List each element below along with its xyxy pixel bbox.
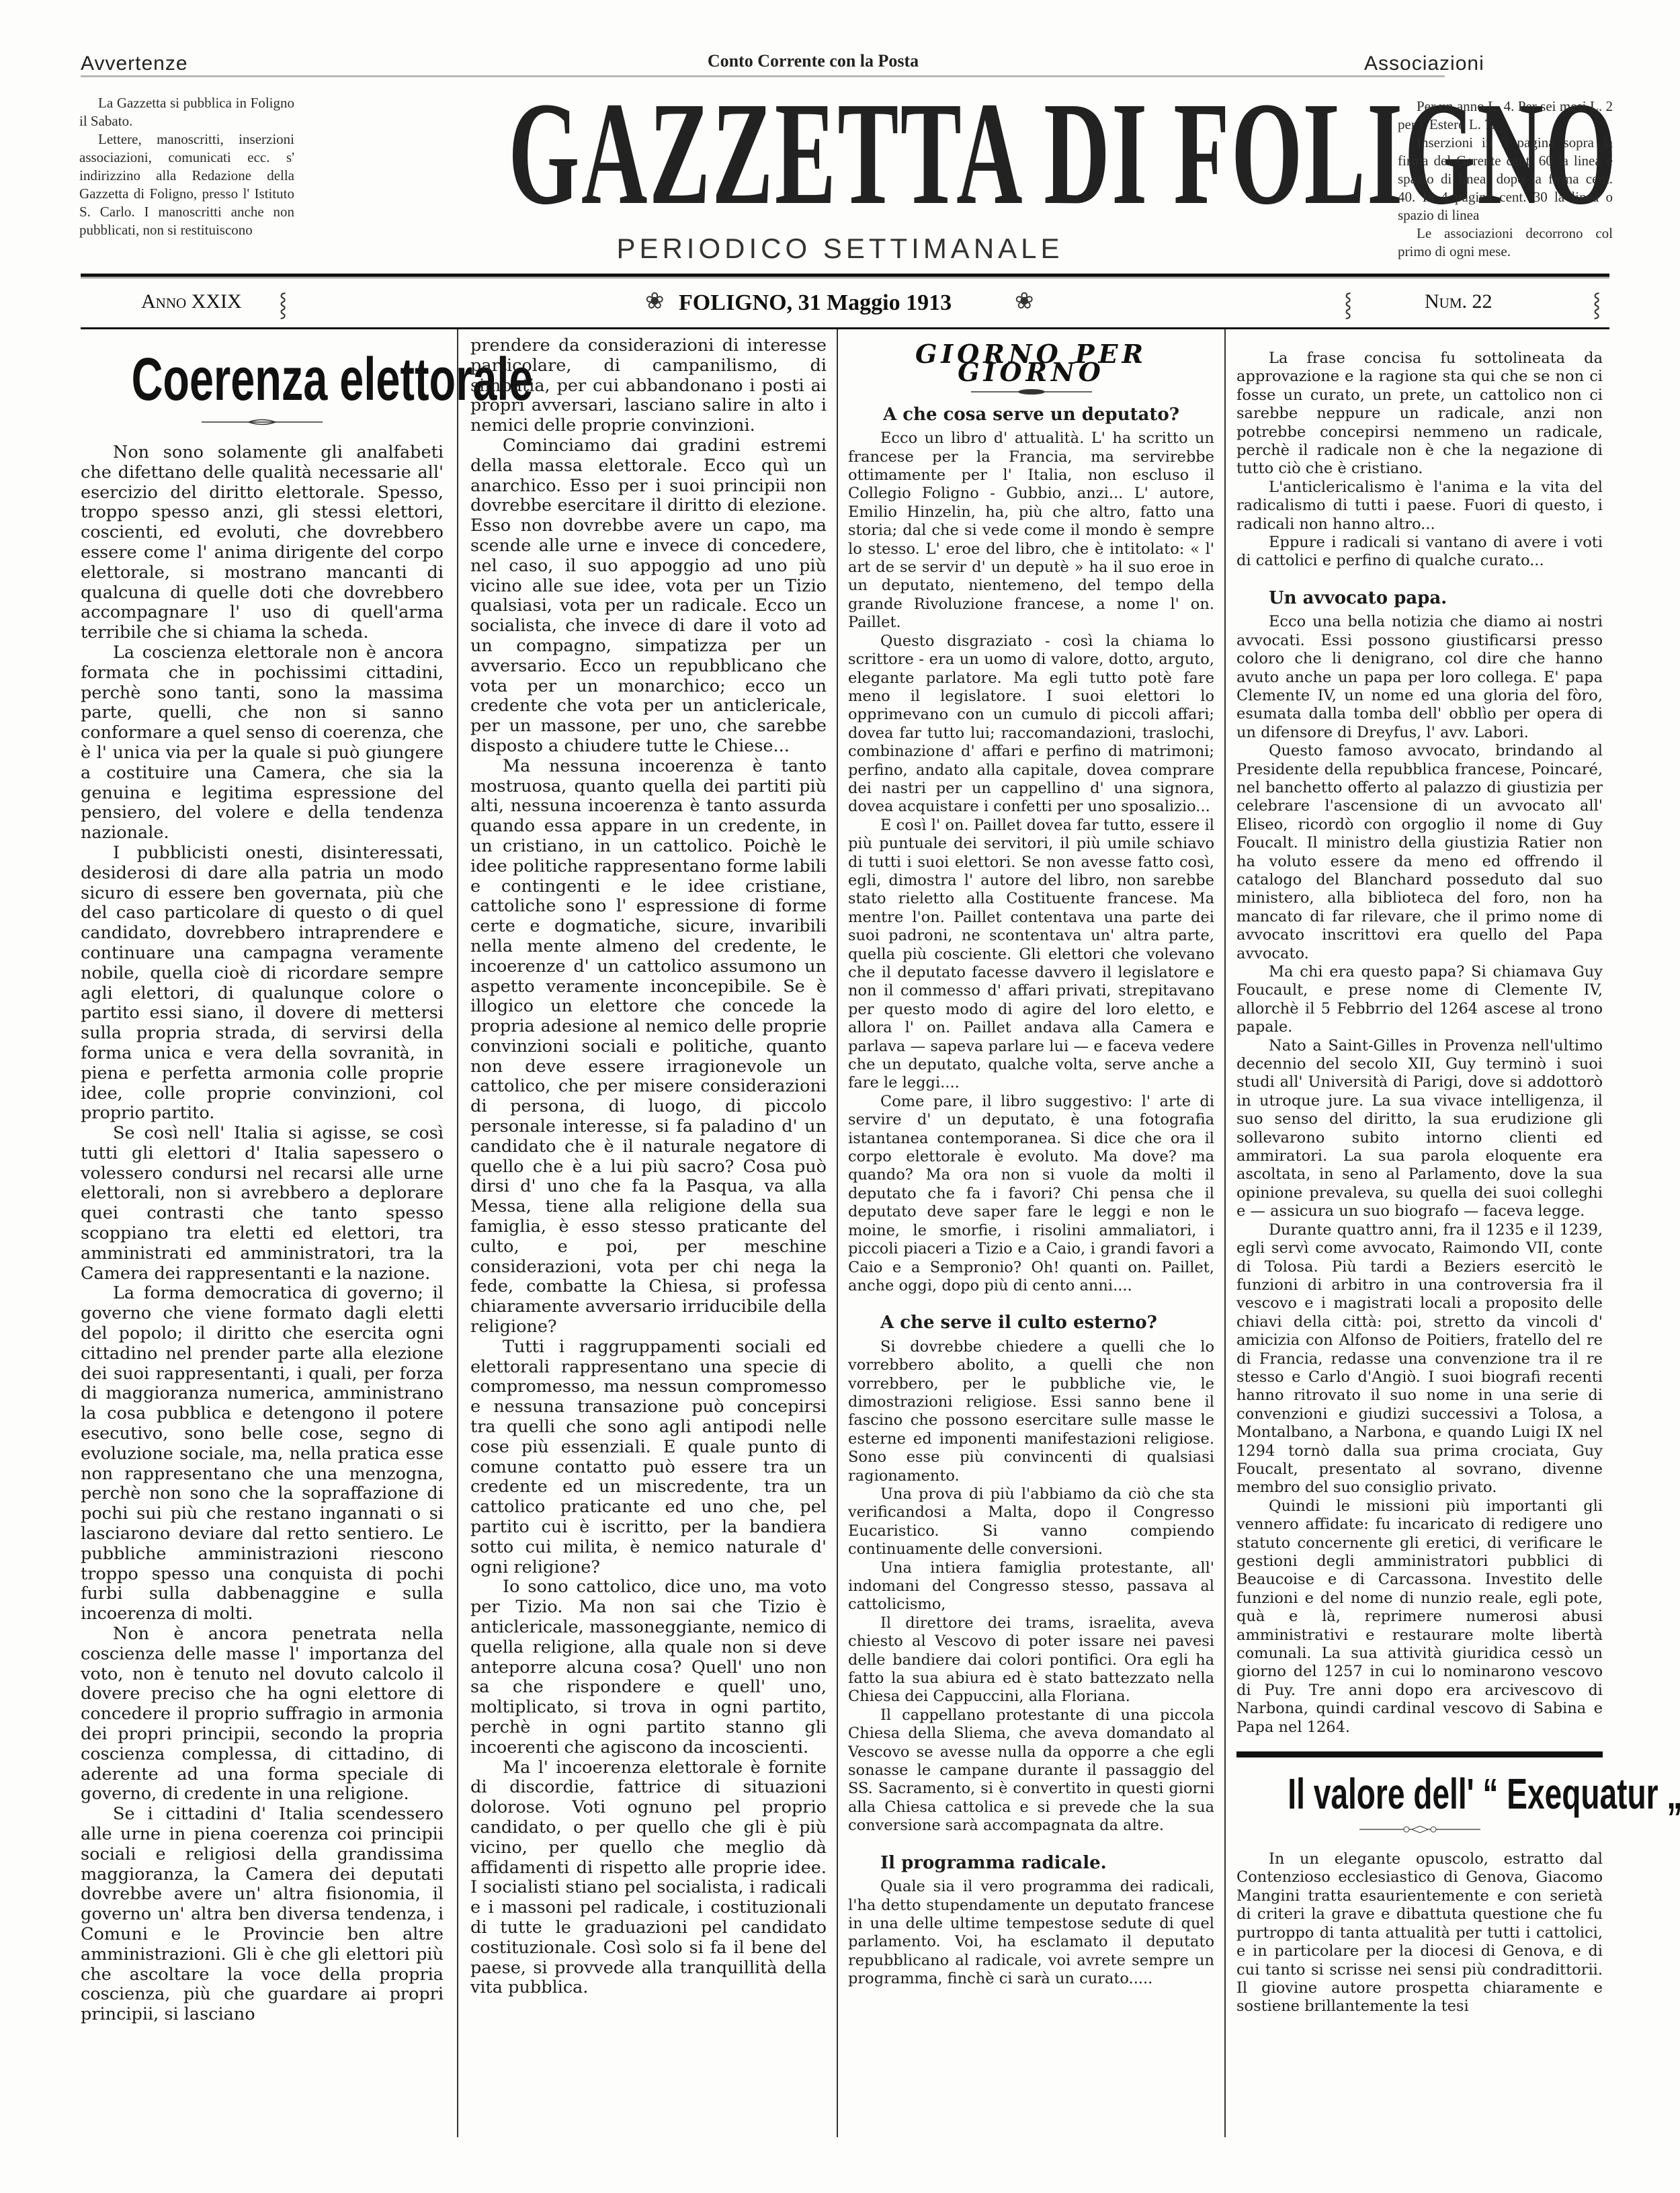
section-giorno-per-giorno-continued: La frase concisa fu sottolineata da appr… (1236, 349, 1603, 2016)
article-paragraph: Una intiera famiglia protestante, all' i… (848, 1559, 1214, 1614)
article-paragraph: La coscienza elettorale non è ancora for… (81, 643, 444, 843)
column-divider (837, 329, 838, 2137)
newspaper-page: Avvertenze Conto Corrente con la Posta A… (0, 0, 1680, 2193)
article-paragraph: Non è ancora penetrata nella coscienza d… (81, 1624, 444, 1805)
article-paragraph: prendere da considerazioni di interesse … (470, 336, 827, 436)
newspaper-subtitle: PERIODICO SETTIMANALE (538, 233, 1142, 265)
column-divider (457, 329, 458, 2137)
article-paragraph: Ecco un libro d' attualità. L' ha scritt… (848, 429, 1214, 632)
article-paragraph: Durante quattro anni, fra il 1235 e il 1… (1236, 1221, 1603, 1497)
column-divider (1224, 329, 1226, 2137)
place-and-date: FOLIGNO, 31 Maggio 1913 (679, 290, 952, 316)
notices-box: La Gazzetta si pubblica in Foligno il Sa… (79, 94, 294, 239)
article-paragraph: Come pare, il libro suggestivo: l' arte … (848, 1093, 1214, 1295)
notice-correspondence: Lettere, manoscritti, inserzioni associa… (79, 130, 294, 239)
fleuron-right-icon: ❀ (1015, 288, 1034, 315)
article-paragraph: E così l' on. Paillet dovea far tutto, e… (848, 817, 1214, 1093)
insertion-rates: Inserzioni in 3 pagina sopra la firma de… (1398, 134, 1613, 224)
article-paragraph: Ma nessuna incoerenza è tanto mostruosa,… (470, 757, 827, 1337)
volume-year: Anno XXIX (141, 290, 242, 313)
article-coerenza-continued: prendere da considerazioni di interesse … (470, 336, 827, 1998)
article-paragraph: Si dovrebbe chiedere a quelli che lo vor… (848, 1338, 1214, 1485)
subhead-deputato: A che cosa serve un deputato? (848, 406, 1214, 424)
article-paragraph: La frase concisa fu sottolineata da appr… (1236, 349, 1603, 479)
dateline-top-rule (81, 274, 1609, 277)
flourish-divider-icon (1359, 1825, 1480, 1834)
issue-number: Num. 22 (1425, 290, 1493, 313)
dateline-bottom-rule (81, 327, 1609, 329)
headline-coerenza-elettorale: Coerenza elettorale (132, 347, 393, 412)
article-paragraph: L'anticlericalismo è l'anima e la vita d… (1236, 479, 1603, 534)
article-paragraph: Una prova di più l'abbiamo da ciò che st… (848, 1485, 1214, 1559)
fleuron-left-icon: ❀ (645, 288, 665, 315)
article-paragraph: Quindi le missioni più importanti gli ve… (1236, 1497, 1603, 1737)
article-paragraph: Questo disgraziato - così la chiama lo s… (848, 632, 1214, 817)
article-paragraph: Ma chi era questo papa? Si chiamava Guy … (1236, 963, 1603, 1037)
article-paragraph: La forma democratica di governo; il gove… (81, 1284, 444, 1624)
article-coerenza-elettorale: Coerenza elettorale Non sono solamente g… (81, 333, 444, 2025)
subhead-culto-esterno: A che serve il culto esterno? (848, 1314, 1214, 1332)
article-paragraph: Cominciamo dai gradini estremi della mas… (470, 436, 827, 757)
article-paragraph: Se i cittadini d' Italia scendessero all… (81, 1805, 444, 2025)
article-paragraph: Questo famoso avvocato, brindando al Pre… (1236, 742, 1603, 963)
subscription-start: Le associazioni decorrono col primo di o… (1398, 224, 1613, 261)
subhead-programma-radicale: Il programma radicale. (848, 1854, 1214, 1872)
subhead-avvocato-papa: Un avvocato papa. (1236, 589, 1603, 608)
flourish-divider-icon (202, 417, 323, 427)
article-paragraph: Tutti i raggruppamenti sociali ed eletto… (470, 1337, 827, 1578)
postal-account-label: Conto Corrente con la Posta (645, 51, 981, 71)
notices-label: Avvertenze (81, 52, 188, 75)
ornament-icon: ⸾ (1593, 288, 1601, 319)
article-paragraph: Se così nell' Italia si agisse, se così … (81, 1124, 444, 1284)
article-paragraph: Non sono solamente gli analfabeti che di… (81, 443, 444, 643)
article-paragraph: In un elegante opuscolo, estratto dal Co… (1236, 1850, 1603, 2016)
ornament-icon: ⸾ (279, 288, 287, 319)
article-paragraph: Eppure i radicali si vantano di avere i … (1236, 534, 1603, 571)
ornament-icon: ⸾ (1344, 288, 1352, 319)
section-title-giorno-per-giorno: GIORNO PER GIORNO (848, 345, 1214, 382)
subscription-prices: Per un anno L. 4. Per sei mesi L. 2 per … (1398, 97, 1613, 134)
subscriptions-box: Per un anno L. 4. Per sei mesi L. 2 per … (1398, 97, 1613, 261)
newspaper-title: GAZZETTA DI FOLIGNO (508, 86, 1158, 220)
headline-exequatur: Il valore dell' “ Exequatur „ (1288, 1768, 1551, 1819)
article-paragraph: Ecco una bella notizia che diamo ai nost… (1236, 613, 1603, 742)
article-paragraph: Nato a Saint-Gilles in Provenza nell'ult… (1236, 1037, 1603, 1221)
article-paragraph: Ma l' incoerenza elettorale è fornite di… (470, 1758, 827, 1999)
section-giorno-per-giorno: GIORNO PER GIORNO A che cosa serve un de… (848, 333, 1214, 1989)
article-paragraph: Il cappellano protestante di una piccola… (848, 1706, 1214, 1835)
article-paragraph: Quale sia il vero programma dei radicali… (848, 1878, 1214, 1988)
article-separator-rule (1236, 1751, 1603, 1757)
article-paragraph: Il direttore dei trams, israelita, aveva… (848, 1614, 1214, 1706)
article-paragraph: I pubblicisti onesti, disinteressati, de… (81, 843, 444, 1124)
flourish-divider-icon (971, 387, 1092, 397)
article-paragraph: Io sono cattolico, dice uno, ma voto per… (470, 1577, 827, 1757)
notice-publication: La Gazzetta si pubblica in Foligno il Sa… (79, 94, 294, 130)
dateline-top-thin-rule (81, 278, 1609, 278)
